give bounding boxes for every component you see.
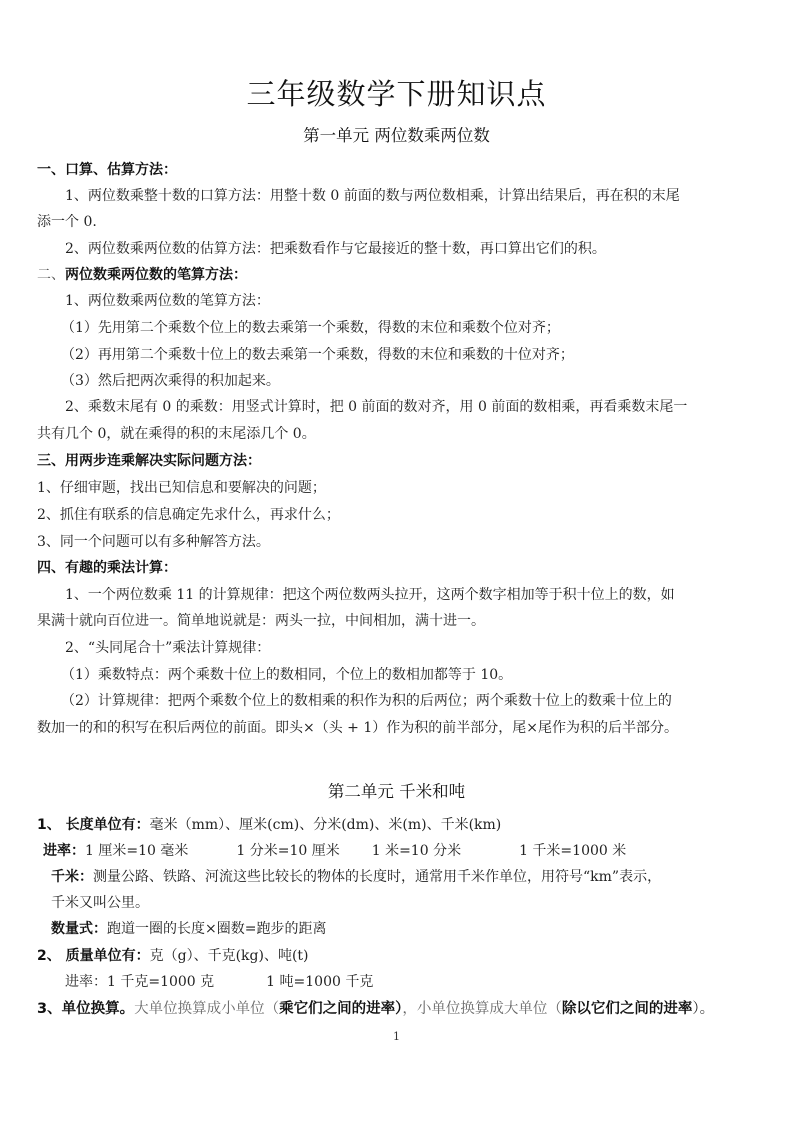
unit1-title: 第一单元 两位数乘两位数 xyxy=(0,122,793,146)
list-item: 3、同一个问题可以有多种解答方法。 xyxy=(37,532,762,552)
paragraph-head-same-tail-ten: 2、“头同尾合十”乘法计算规律： xyxy=(37,638,762,658)
step-3: （3）然后把两次乘得的积加起来。 xyxy=(37,371,762,391)
section-heading-3: 三、用两步连乘解决实际问题方法： xyxy=(37,451,762,471)
section-heading-2-text: 两位数乘两位数的笔算方法： xyxy=(65,267,247,283)
mass-rate-label: 进率： xyxy=(65,974,107,990)
length-rate-label: 进率： xyxy=(43,843,85,859)
page-number: 1 xyxy=(0,1030,793,1043)
km-definition-line2: 千米又叫公里。 xyxy=(37,893,762,913)
section-heading-2: 二、两位数乘两位数的笔算方法： xyxy=(37,265,762,285)
length-rate-2: 1 分米=10 厘米 xyxy=(236,843,339,859)
length-units-label: 1、 长度单位有： xyxy=(37,817,150,833)
formula-label: 数量式： xyxy=(51,921,107,937)
mass-units-line: 2、 质量单位有：克（g）、千克(kg)、吨(t) xyxy=(37,946,762,966)
conversion-text-2: ，小单位换算成大单位（ xyxy=(402,1001,562,1017)
paragraph-trailing-zero-line2: 共有几个 0，就在乘得的积的末尾添几个 0。 xyxy=(37,424,762,444)
rule-calc-line1: （2）计算规律：把两个乘数个位上的数相乘的积作为积的后两位；两个乘数十位上的数乘… xyxy=(37,691,762,711)
length-rate-4: 1 千米=1000 米 xyxy=(519,843,626,859)
conversion-label: 3、单位换算。 xyxy=(37,1001,134,1017)
paragraph-estimate: 2、两位数乘两位数的估算方法：把乘数看作与它最接近的整十数，再口算出它们的积。 xyxy=(37,239,762,259)
conversion-text-3: ）。 xyxy=(692,1001,714,1017)
conversion-bold-1: 乘它们之间的进率） xyxy=(279,1001,402,1017)
paragraph-oral-calc-line2: 添一个 0. xyxy=(37,212,762,232)
length-units-line: 1、 长度单位有：毫米（mm）、厘米(cm)、分米(dm)、米(m)、千米(km… xyxy=(37,815,762,835)
paragraph-written-calc: 1、两位数乘两位数的笔算方法： xyxy=(37,291,762,311)
mass-rate-1: 1 千克=1000 克 xyxy=(107,974,214,990)
step-2: （2）再用第二个乘数十位上的数去乘第一个乘数，得数的末位和乘数的十位对齐； xyxy=(37,345,762,365)
rule-calc-line2: 数加一的和的积写在积后两位的前面。即头×（头 + 1）作为积的前半部分，尾×尾作… xyxy=(37,718,762,738)
conversion-text-1: 大单位换算成小单位（ xyxy=(134,1001,279,1017)
unit2-title: 第二单元 千米和吨 xyxy=(0,778,793,802)
section-heading-2-prefix: 二、 xyxy=(37,267,65,283)
formula-text: 跑道一圈的长度×圈数=跑步的距离 xyxy=(107,921,326,937)
list-item: 1、仔细审题，找出已知信息和要解决的问题； xyxy=(37,478,762,498)
km-definition-line1: 千米：测量公路、铁路、河流这些比较长的物体的长度时，通常用千米作单位，用符号“k… xyxy=(37,867,762,887)
list-item: 2、抓住有联系的信息确定先求什么，再求什么； xyxy=(37,505,762,525)
formula-line: 数量式：跑道一圈的长度×圈数=跑步的距离 xyxy=(37,919,762,939)
paragraph-trailing-zero-line1: 2、乘数末尾有 0 的乘数：用竖式计算时，把 0 前面的数对齐，用 0 前面的数… xyxy=(37,397,762,417)
paragraph-times-11-line1: 1、一个两位数乘 11 的计算规律：把这个两位数两头拉开，这两个数字相加等于积十… xyxy=(37,585,762,605)
length-rate-1: 1 厘米=10 毫米 xyxy=(85,843,188,859)
mass-rate-2: 1 吨=1000 千克 xyxy=(266,974,373,990)
section-heading-1: 一、口算、估算方法： xyxy=(37,160,762,180)
length-rates-line: 进率：1 厘米=10 毫米1 分米=10 厘米1 米=10 分米1 千米=100… xyxy=(37,841,762,861)
km-label: 千米： xyxy=(51,869,93,885)
document-page: 三年级数学下册知识点 第一单元 两位数乘两位数 一、口算、估算方法： 1、两位数… xyxy=(0,0,793,1122)
length-units-value: 毫米（mm）、厘米(cm)、分米(dm)、米(m)、千米(km) xyxy=(150,817,502,833)
rule-feature: （1）乘数特点：两个乘数十位上的数相同，个位上的数相加都等于 10。 xyxy=(37,665,762,685)
km-text: 测量公路、铁路、河流这些比较长的物体的长度时，通常用千米作单位，用符号“km”表… xyxy=(93,869,661,885)
conversion-bold-2: 除以它们之间的进率 xyxy=(562,1001,693,1017)
mass-units-label: 2、 质量单位有： xyxy=(37,948,150,964)
paragraph-oral-calc-line1: 1、两位数乘整十数的口算方法：用整十数 0 前面的数与两位数相乘，计算出结果后，… xyxy=(37,186,762,206)
conversion-line: 3、单位换算。大单位换算成小单位（乘它们之间的进率），小单位换算成大单位（除以它… xyxy=(37,999,762,1019)
step-1: （1）先用第二个乘数个位上的数去乘第一个乘数，得数的末位和乘数个位对齐； xyxy=(37,318,762,338)
mass-units-value: 克（g）、千克(kg)、吨(t) xyxy=(150,948,309,964)
paragraph-times-11-line2: 果满十就向百位进一。简单地说就是：两头一拉，中间相加，满十进一。 xyxy=(37,611,762,631)
length-rate-3: 1 米=10 分米 xyxy=(372,843,461,859)
document-title: 三年级数学下册知识点 xyxy=(0,72,793,113)
mass-rates-line: 进率：1 千克=1000 克1 吨=1000 千克 xyxy=(37,972,762,992)
section-heading-4: 四、有趣的乘法计算： xyxy=(37,558,762,578)
